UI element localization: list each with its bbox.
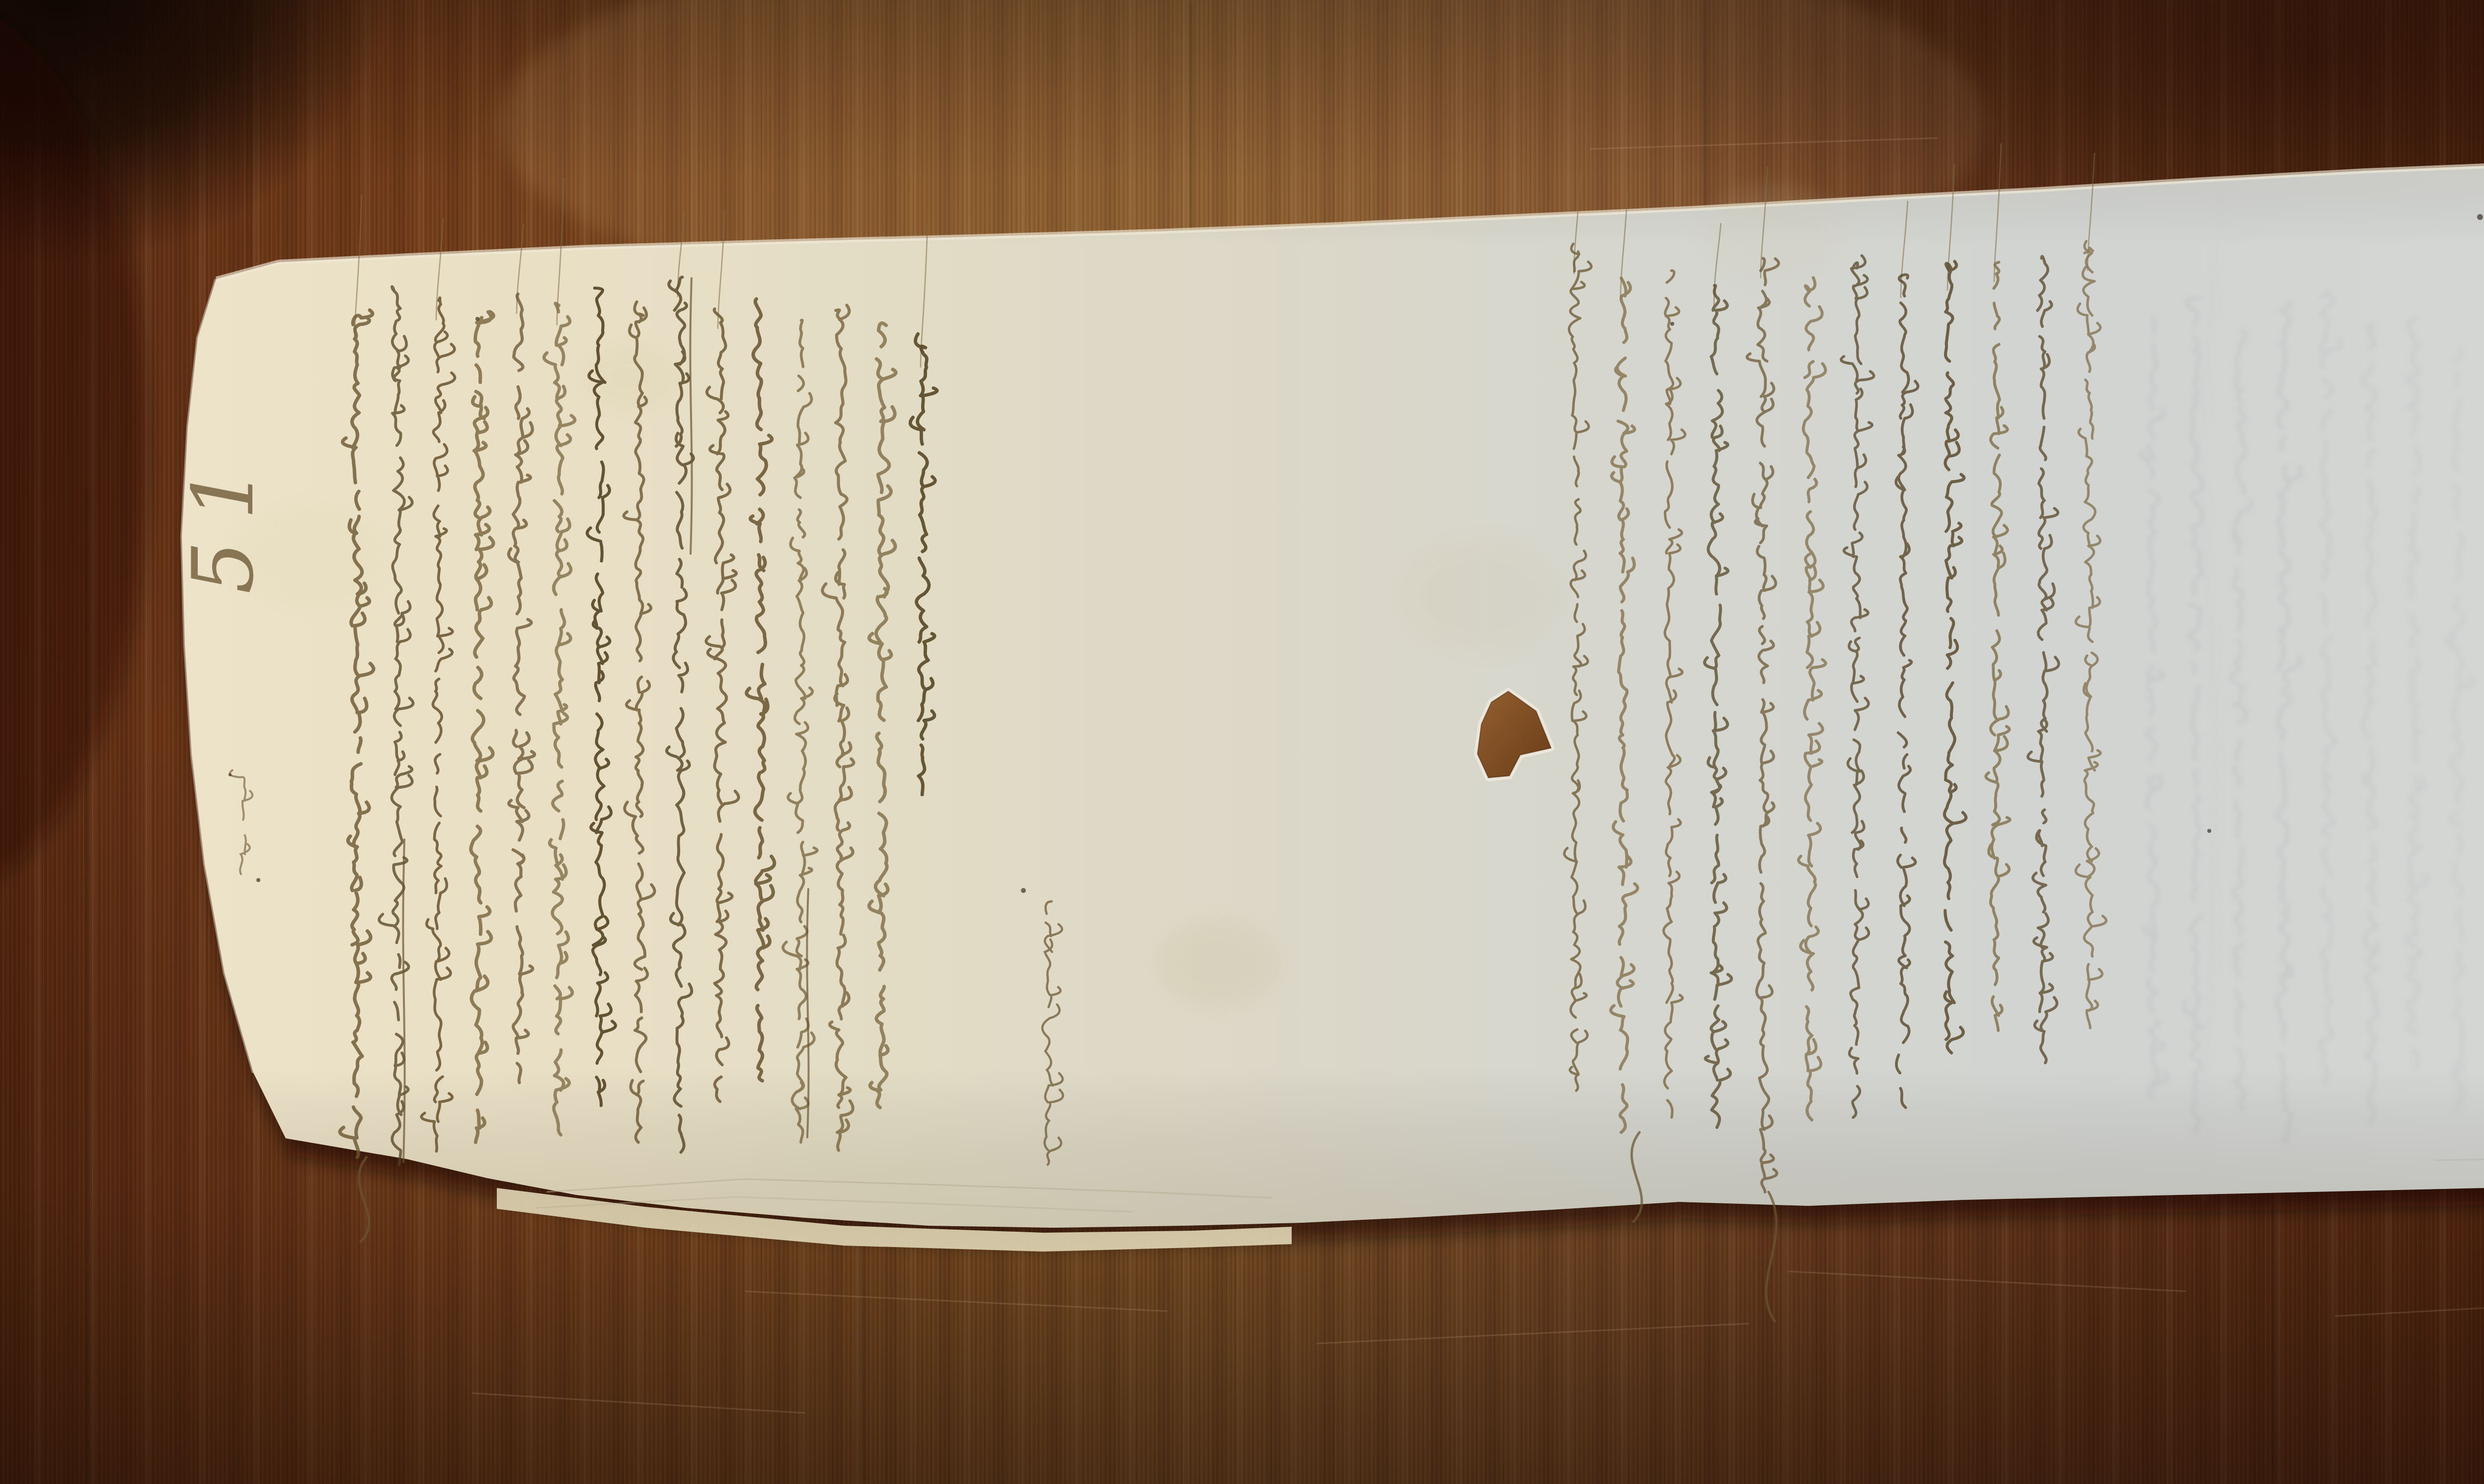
paper-shading [182,160,2484,1228]
paper-stain [1396,537,1565,655]
manuscript-paper [182,160,2484,1228]
photo-scene: 51 [0,0,2484,1484]
ink-speck [475,317,479,321]
ink-speck [229,773,232,776]
photo-canvas: 51 [0,0,2484,1484]
ink-speck [2207,829,2211,833]
ink-speck [1021,888,1026,893]
folio-number: 51 [175,446,272,594]
ink-speck [256,878,260,882]
paper-stain [1153,918,1282,1009]
ink-speck [2477,214,2483,220]
ink-speck [1670,322,1674,326]
